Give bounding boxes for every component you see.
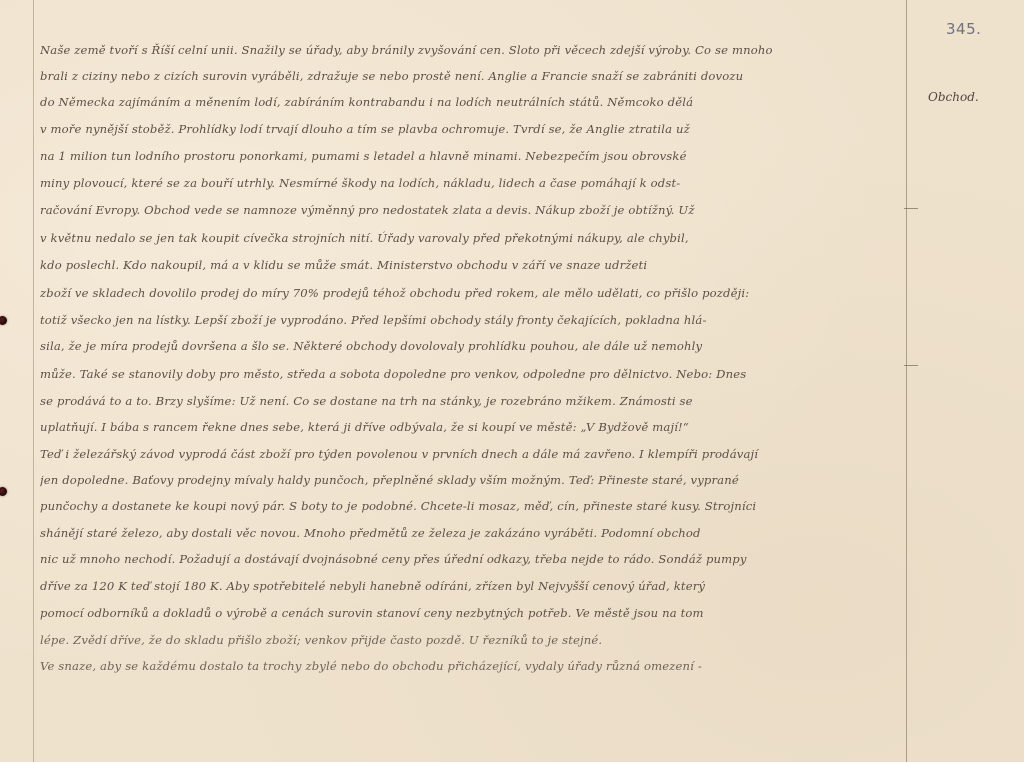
text-line: brali z ciziny nebo z cizích surovin vyr… — [40, 63, 908, 89]
text-line: totiž všecko jen na lístky. Lepší zboží … — [40, 307, 908, 333]
left-margin-rule — [33, 0, 34, 762]
text-line: pomocí odborníků a dokladů o výrobě a ce… — [40, 600, 908, 626]
text-line: do Německa zajímáním a měnením lodí, zab… — [40, 89, 908, 115]
binding-hole-icon — [0, 487, 7, 496]
text-line: uplatňují. I bába s rancem řekne dnes se… — [40, 414, 908, 440]
manuscript-page: 345. Obchod. Naše země tvoří s Říší celn… — [0, 0, 1024, 762]
text-line: v květnu nedalo se jen tak koupit cívečk… — [40, 225, 908, 251]
text-line: Ve snaze, aby se každému dostalo ta troc… — [40, 653, 908, 679]
text-line: punčochy a dostanete ke koupi nový pár. … — [40, 493, 908, 519]
page-number: 345. — [946, 20, 981, 38]
text-line: Naše země tvoří s Říší celní unii. Snaži… — [40, 37, 908, 63]
text-line: nic už mnoho nechodí. Požadují a dostáva… — [40, 546, 908, 572]
text-line: kdo poslechl. Kdo nakoupil, má a v klidu… — [40, 252, 908, 278]
margin-note-topic: Obchod. — [928, 90, 979, 104]
binding-hole-icon — [0, 316, 7, 325]
text-line: shánějí staré železo, aby dostali věc no… — [40, 520, 908, 546]
text-line: lépe. Zvědí dříve, že do skladu přišlo z… — [40, 627, 908, 653]
text-line: může. Také se stanovily doby pro město, … — [40, 361, 908, 387]
text-line: zboží ve skladech dovolilo prodej do mír… — [40, 280, 908, 306]
text-line: Teď i železářský závod vyprodá část zbož… — [40, 441, 908, 467]
text-line: dříve za 120 K teď stojí 180 K. Aby spot… — [40, 573, 908, 599]
text-line: miny plovoucí, které se za bouří utrhly.… — [40, 170, 908, 196]
text-line: na 1 milion tun lodního prostoru ponorka… — [40, 143, 908, 169]
text-line: se prodává to a to. Brzy slyšíme: Už nen… — [40, 388, 908, 414]
text-line: v moře nynější stoběž. Prohlídky lodí tr… — [40, 116, 908, 142]
text-line: račování Evropy. Obchod vede se namnoze … — [40, 197, 908, 223]
text-line: jen dopoledne. Baťovy prodejny mívaly ha… — [40, 467, 908, 493]
text-line: sila, že je míra prodejů dovršena a šlo … — [40, 333, 908, 359]
